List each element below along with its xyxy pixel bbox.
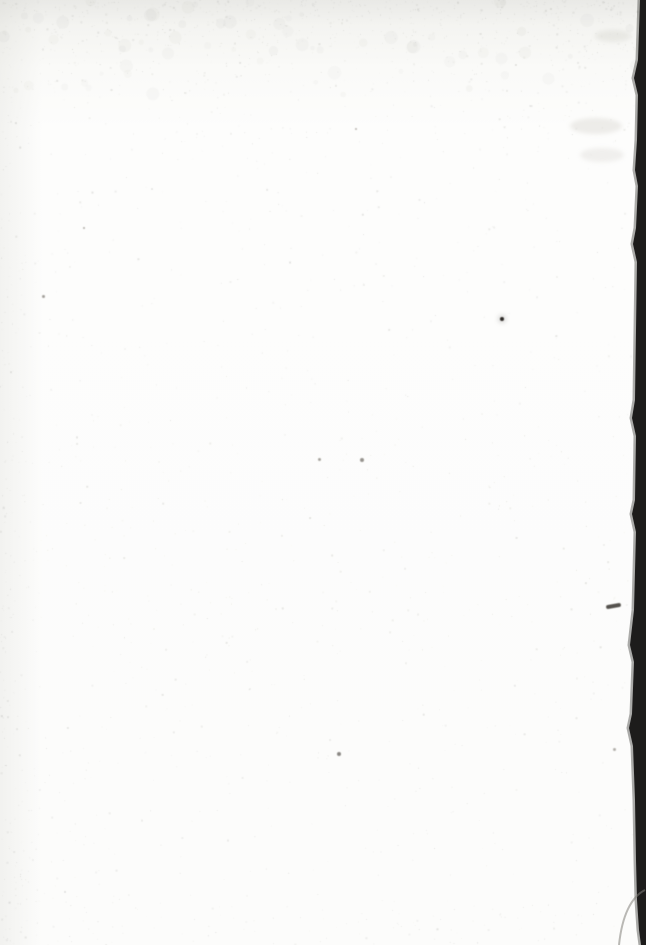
page-corner-curve [619, 890, 645, 945]
binding-shadow-soft-edge [629, 0, 646, 945]
binding-shadow-strip [629, 0, 646, 945]
ink-speck [613, 748, 616, 751]
ink-speck [360, 458, 364, 462]
paper-grain-texture [0, 0, 646, 945]
ink-speck [500, 317, 504, 321]
ink-speck [355, 128, 357, 130]
ghost-smudge [595, 30, 631, 42]
scanned-page [0, 0, 646, 945]
ghost-smudge [570, 118, 622, 134]
ink-speck [337, 752, 341, 756]
scribble-mark [606, 603, 621, 610]
ink-speck [318, 458, 321, 461]
ink-speck [42, 295, 45, 298]
scan-edge-overlay [0, 0, 646, 945]
ghost-smudge [580, 148, 624, 162]
ink-speck [83, 227, 85, 229]
